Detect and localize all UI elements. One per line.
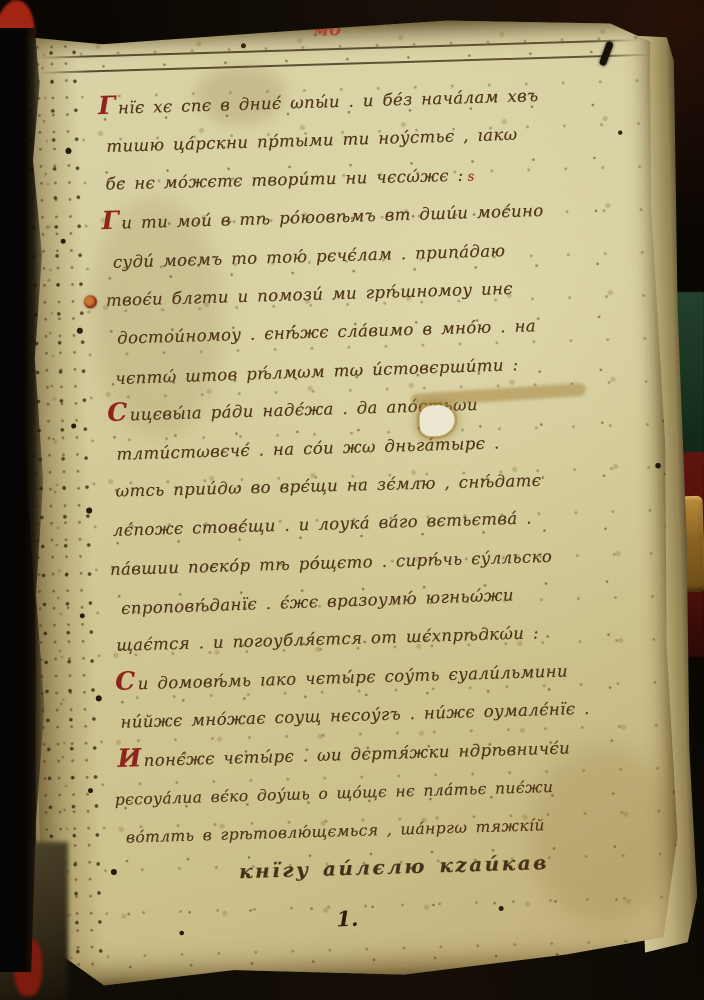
page-top-ridge-2 — [39, 54, 651, 74]
rubric-initial: И — [117, 743, 142, 773]
text-block: Гнїє хє спє в дниє́ ωпы́и . и бе́з нача́… — [98, 71, 674, 893]
photo-frame: МО Гнїє хє спє в дниє́ ωпы́и . и бе́з на… — [0, 0, 704, 1000]
rubric-flourish: ѕ — [467, 169, 474, 184]
rubric-initial: Г — [98, 91, 117, 121]
manuscript-page: МО Гнїє хє спє в дниє́ ωпы́и . и бе́з на… — [4, 13, 684, 990]
rubric-initial: С — [107, 398, 128, 428]
page-number: 1. — [336, 906, 359, 932]
folio-number-mark — [599, 41, 614, 67]
rubric-initial: Г — [101, 206, 120, 236]
rubric-initial: С — [115, 666, 136, 696]
header-signature-mark: МО — [314, 24, 342, 40]
